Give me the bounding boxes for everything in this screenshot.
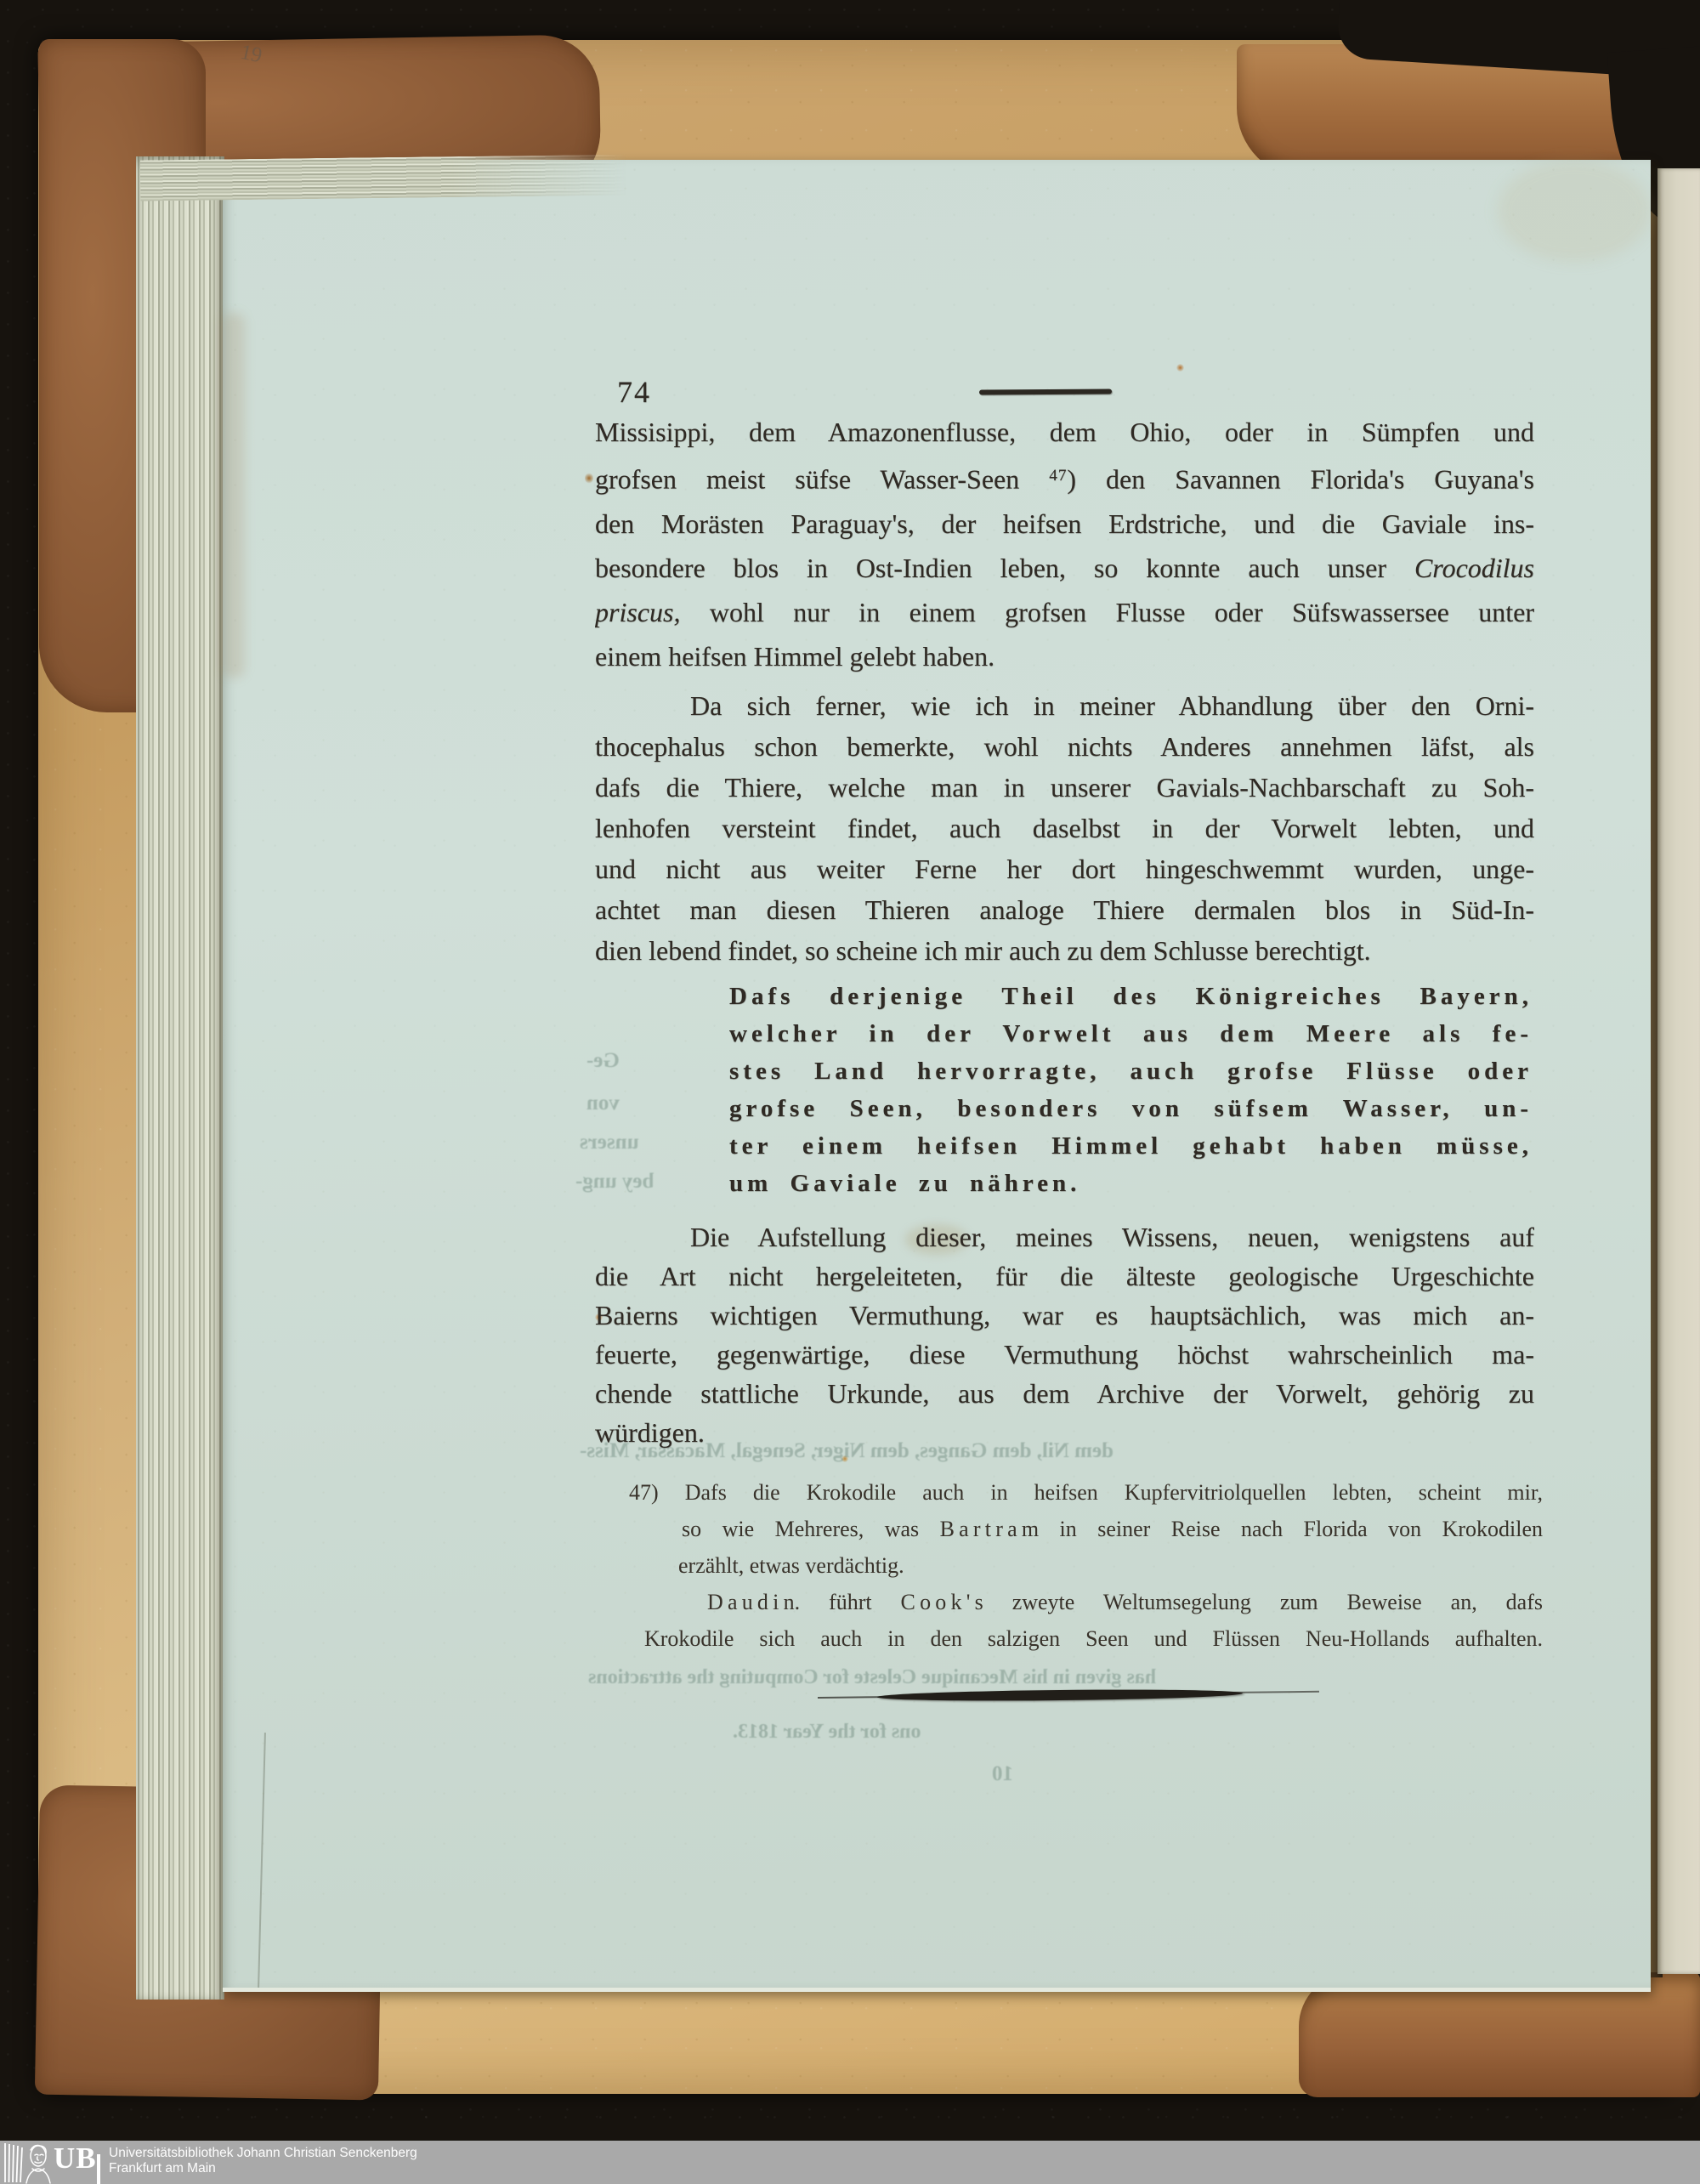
text-line: Baierns wichtigen Vermuthung, war es hau… <box>595 1296 1534 1335</box>
species-name: Crocodilus <box>1414 553 1534 583</box>
text-line: D a u d i n. führt C o o k ' s zweyte We… <box>629 1584 1543 1620</box>
page-number: 74 <box>617 374 651 410</box>
text-line: dien lebend findet, so scheine ich mir a… <box>595 930 1534 971</box>
portrait-icon <box>23 2143 54 2184</box>
text-line: Dafs derjenige Theil des Königreiches Ba… <box>729 978 1533 1015</box>
text-line: lenhofen versteint findet, auch daselbst… <box>595 808 1534 848</box>
text-line: priscus, wohl nur in einem grofsen Fluss… <box>595 590 1534 634</box>
paragraph: Missisippi, dem Amazonenflusse, dem Ohio… <box>595 410 1534 678</box>
bleedthrough-text: ons for the Year 1813. <box>733 1721 921 1744</box>
text-line: den Morästen Paraguay's, der heifsen Erd… <box>595 502 1534 546</box>
bleedthrough-text: unsers <box>580 1131 638 1154</box>
corner-tint <box>1498 160 1651 262</box>
species-name: priscus, <box>595 597 680 627</box>
library-name: Universitätsbibliothek Johann Christian … <box>109 2146 417 2176</box>
book-scan: 19 Ge- von unsers bey ung- dem Nil, dem … <box>0 0 1700 2184</box>
text-line: würdigen. <box>595 1413 1534 1452</box>
library-name-line2: Frankfurt am Main <box>109 2161 417 2176</box>
book-pages-icon <box>3 2142 24 2183</box>
text-line: so wie Mehreres, was B a r t r a m in se… <box>629 1511 1543 1547</box>
text-line: achtet man diesen Thieren analoge Thiere… <box>595 889 1534 930</box>
facing-page-edge <box>1657 168 1700 1974</box>
library-name-line1: Universitätsbibliothek Johann Christian … <box>109 2146 417 2161</box>
text-line: thocephalus schon bemerkte, wohl nichts … <box>595 726 1534 767</box>
text-line: besondere blos in Ost-Indien leben, so k… <box>595 546 1534 590</box>
text-line: Die Aufstellung dieser, meines Wissens, … <box>595 1217 1534 1257</box>
logo-divider <box>97 2154 100 2184</box>
text-line: dafs die Thiere, welche man in unserer G… <box>595 767 1534 808</box>
page-edges-top <box>140 154 638 201</box>
ink-smear <box>877 1688 1243 1703</box>
text-line: einem heifsen Himmel gelebt haben. <box>595 634 1534 678</box>
paragraph: Da sich ferner, wie ich in meiner Abhand… <box>595 685 1534 971</box>
text-line: und nicht aus weiter Ferne her dort hing… <box>595 848 1534 889</box>
text-line: um Gaviale zu nähren. <box>729 1165 1533 1202</box>
text-line: Krokodile sich auch in den salzigen Seen… <box>629 1620 1543 1657</box>
rust-spot <box>1176 364 1184 372</box>
library-logo-abbrev: UB <box>54 2141 97 2175</box>
text-line: chende stattliche Urkunde, aus dem Archi… <box>595 1374 1534 1413</box>
header-rule <box>979 389 1112 394</box>
text-line: 47) Dafs die Krokodile auch in heifsen K… <box>629 1474 1543 1511</box>
paper-crease <box>258 1733 266 1988</box>
text-line: Missisippi, dem Amazonenflusse, dem Ohio… <box>595 410 1534 454</box>
text-line: stes Land hervorragte, auch grofse Flüss… <box>729 1052 1533 1090</box>
bleedthrough-text: bey ung- <box>575 1170 654 1194</box>
emphasized-paragraph: Dafs derjenige Theil des Königreiches Ba… <box>729 978 1533 1202</box>
page-edges-stack <box>136 156 224 2000</box>
text-line: feuerte, gegenwärtige, diese Vermuthung … <box>595 1335 1534 1374</box>
scanned-page: Ge- von unsers bey ung- dem Nil, dem Gan… <box>223 160 1651 1992</box>
text-line: Da sich ferner, wie ich in meiner Abhand… <box>595 685 1534 726</box>
text-line: die Art nicht hergeleiteten, für die ält… <box>595 1257 1534 1296</box>
bleedthrough-text: von <box>586 1092 620 1115</box>
footnote-marker: 47 <box>1049 467 1067 485</box>
library-watermark-bar: UB Universitätsbibliothek Johann Christi… <box>0 2141 1700 2184</box>
rust-spot <box>585 473 593 484</box>
bleedthrough-text: has given in his Mecanique Celeste for C… <box>588 1666 1156 1689</box>
bleedthrough-text: 10 <box>992 1762 1013 1786</box>
paragraph: Die Aufstellung dieser, meines Wissens, … <box>595 1217 1534 1452</box>
foxing-stain <box>223 313 245 678</box>
text-line: welcher in der Vorwelt aus dem Meere als… <box>729 1015 1533 1052</box>
text-line: grofsen meist süfse Wasser-Seen 47) den … <box>595 454 1534 502</box>
bleedthrough-text: Ge- <box>586 1049 620 1073</box>
text-line: erzählt, etwas verdächtig. <box>629 1547 1543 1584</box>
footnote: 47) Dafs die Krokodile auch in heifsen K… <box>629 1474 1543 1657</box>
text-line: ter einem heifsen Himmel gehabt haben mü… <box>729 1127 1533 1165</box>
text-line: grofse Seen, besonders von süfsem Wasser… <box>729 1090 1533 1127</box>
